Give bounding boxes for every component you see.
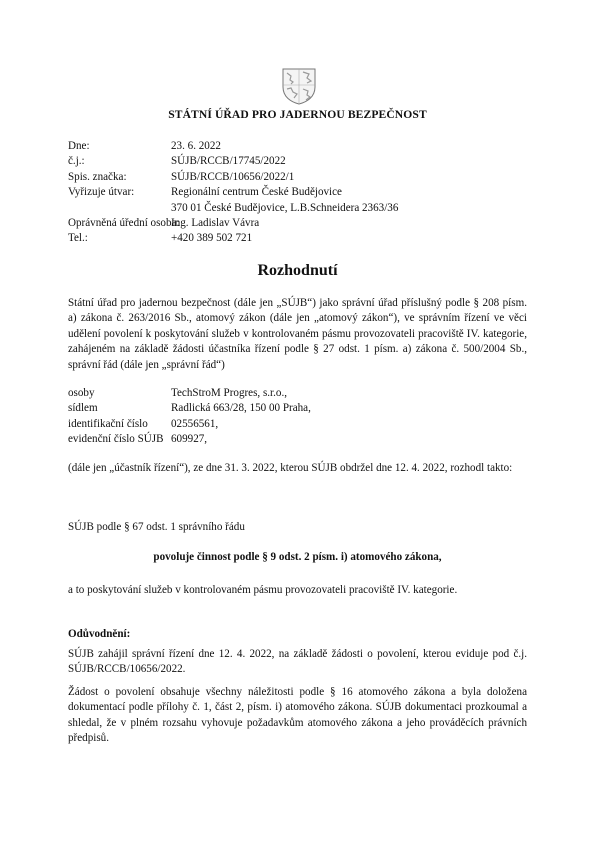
verdict: povoluje činnost podle § 9 odst. 2 písm.… (0, 551, 595, 563)
meta-row-phone: Tel.:+420 389 502 721 (68, 231, 398, 246)
reasoning-paragraph-1: SÚJB zahájil správní řízení dne 12. 4. 2… (68, 647, 527, 678)
party-row-registry: evidenční číslo SÚJB609927, (68, 432, 311, 447)
party-row-seat: sídlemRadlická 663/28, 150 00 Praha, (68, 401, 311, 416)
document-title: Rozhodnutí (0, 262, 595, 280)
reasoning-paragraph-2: Žádost o povolení obsahuje všechny nálež… (68, 685, 527, 747)
meta-row-date: Dne:23. 6. 2022 (68, 139, 398, 154)
agency-name: STÁTNÍ ÚŘAD PRO JADERNOU BEZPEČNOST (0, 108, 595, 121)
meta-row-official: Oprávněná úřední osoba:Ing. Ladislav Váv… (68, 216, 398, 231)
party-details: osobyTechStroM Progres, s.r.o., sídlemRa… (68, 386, 311, 448)
meta-row-address: 370 01 České Budějovice, L.B.Schneidera … (68, 201, 398, 216)
party-row-id: identifikační číslo02556561, (68, 417, 311, 432)
legal-basis: SÚJB podle § 67 odst. 1 správního řádu (68, 520, 527, 535)
after-party-paragraph: (dále jen „účastník řízení“), ze dne 31.… (68, 461, 527, 476)
reasoning-heading: Odůvodnění: (68, 628, 130, 640)
czech-coat-of-arms-icon (281, 67, 317, 105)
intro-paragraph: Státní úřad pro jadernou bezpečnost (dál… (68, 296, 527, 373)
party-row-name: osobyTechStroM Progres, s.r.o., (68, 386, 311, 401)
document-metadata: Dne:23. 6. 2022 č.j.:SÚJB/RCCB/17745/202… (68, 139, 398, 247)
verdict-scope: a to poskytování služeb v kontrolovaném … (68, 583, 527, 598)
meta-row-reference: č.j.:SÚJB/RCCB/17745/2022 (68, 154, 398, 169)
meta-row-department: Vyřizuje útvar:Regionální centrum České … (68, 185, 398, 200)
meta-row-file-mark: Spis. značka:SÚJB/RCCB/10656/2022/1 (68, 170, 398, 185)
